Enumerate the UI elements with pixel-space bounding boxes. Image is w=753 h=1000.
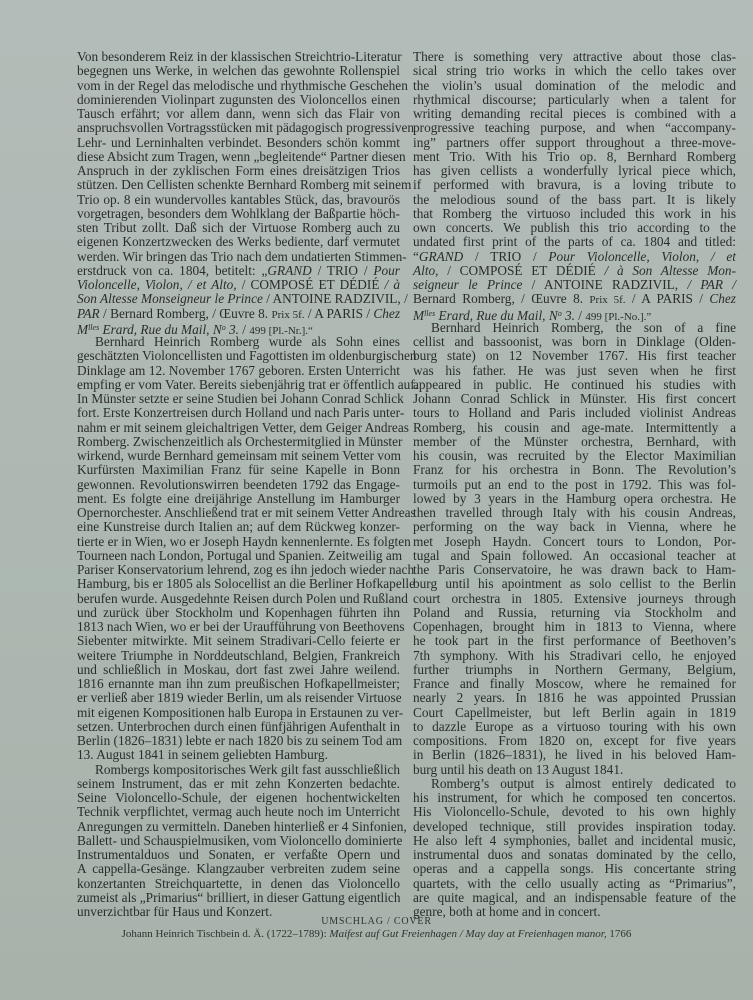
caption-label: UMSCHLAG / COVER [0, 915, 753, 928]
text-line: appeared in public. He continued his stu… [413, 378, 736, 392]
text-line: rhythmical discourse; particularly when … [413, 93, 736, 107]
text-line: 7th symphony. With his Stradivari cello,… [413, 649, 736, 663]
caption-credit: Johann Heinrich Tischbein d. Ä. (1722–17… [0, 928, 753, 941]
text-line: stützen. Den Cellisten schenkte Bernhard… [77, 178, 400, 192]
text-line: compositions. From 1820 on, except for f… [413, 734, 736, 748]
text-line: A cappella-Gesänge. Klangzauber verbreit… [77, 862, 400, 876]
text-line: Siebenter mitwirkte. Mit seinem Stradiva… [77, 634, 400, 648]
text-line: eine Kunstreise durch Italien an; auf de… [77, 520, 400, 534]
text-line: performing on the way back in Vienna, wh… [413, 520, 736, 534]
german-paragraph-2: Bernhard Heinrich Romberg wurde als Sohn… [77, 335, 400, 763]
text-line: und schließlich in Moskau, dort fast zwe… [77, 663, 400, 677]
text-line: seinem Instrument, das er mit zehn Konze… [77, 777, 400, 791]
german-paragraph-1: Von besonderem Reiz in der klassischen S… [77, 50, 400, 335]
text-line: the Paris Conservatoire, he was drawn ba… [413, 563, 736, 577]
text-line: mit eigenen Kompositionen halb Europa in… [77, 706, 400, 720]
text-line: Ballett- und Schauspielmusiken, vom Viol… [77, 834, 400, 848]
text-line: begegnen uns Werke, in welchen das gewoh… [77, 64, 400, 78]
text-line: In Münster setzte er seine Studien bei J… [77, 392, 400, 406]
text-line: Rombergs kompositorisches Werk gilt fast… [77, 763, 400, 777]
text-line: nahm er mit seinem gleichaltrigen Vetter… [77, 421, 400, 435]
text-line: ment Trio. With his Trio op. 8, Bernhard… [413, 150, 736, 164]
text-line: Bernhard Heinrich Romberg, the son of a … [413, 321, 736, 335]
text-line: operas and a cappella songs. His concert… [413, 862, 736, 876]
title-citation-line: erstdruck von ca. 1804, betitelt: „GRAND… [77, 264, 400, 278]
text-line: his instrument, for which he composed te… [413, 791, 736, 805]
text-line: Opernorchester. Anschließend trat er mit… [77, 506, 400, 520]
text-line: There is something very attractive about… [413, 50, 736, 64]
text-line: tugal and Spain followed. An occasional … [413, 549, 736, 563]
text-line: His Violoncello-Schule, devoted to his o… [413, 805, 736, 819]
text-line: weitere Triumphe in Norddeutschland, Bel… [77, 649, 400, 663]
text-line: sical string trio works in which the cel… [413, 64, 736, 78]
text-line: the violin’s usual domination of the mel… [413, 79, 736, 93]
text-line: vorgetragen, besonders dem Wohlklang der… [77, 207, 400, 221]
text-line: 1813 nach Wien, wo er bei der Uraufführu… [77, 620, 400, 634]
text-line: turmoils put an end to the post in 1792.… [413, 478, 736, 492]
text-line: Lehr- und Lerninhalten verbindet. Besond… [77, 136, 400, 150]
text-line: Trio op. 8 ein wundervolles kantables St… [77, 193, 400, 207]
text-line: Anregungen zu vermitteln. Daneben hinter… [77, 820, 400, 834]
title-citation-line: Alto, / COMPOSÉ ET DÉDIÉ / à Son Altesse… [413, 264, 736, 278]
title-citation-line: PAR / Bernard Romberg, / Œuvre 8. Prix 5… [77, 307, 400, 321]
text-line: undated first print of the parts of ca. … [413, 235, 736, 249]
german-text-column: Von besonderem Reiz in der klassischen S… [77, 50, 400, 919]
text-line: anspruchsvollen Vortragsstücken mit päda… [77, 121, 400, 135]
text-line: diese Absicht zum Tragen, wenn „begleite… [77, 150, 400, 164]
text-line: vom in der Regel das melodische und rhyt… [77, 79, 400, 93]
english-paragraph-2: Bernhard Heinrich Romberg, the son of a … [413, 321, 736, 777]
caption-year: 1766 [607, 928, 632, 940]
text-line: he took part in the first performance of… [413, 634, 736, 648]
text-line: 1816 ernannte man ihn zum preußischen Ho… [77, 677, 400, 691]
text-line: Seine Violoncello-Schule, der eigenen ho… [77, 791, 400, 805]
title-citation-line: “GRAND / TRIO / Pour Violoncelle, Violon… [413, 250, 736, 264]
text-line: France and finally Moscow, where he rema… [413, 677, 736, 691]
title-citation-line: Mlles Erard, Rue du Mail, No 3. / 499 [P… [77, 321, 400, 335]
text-line: Franz for his orchestra in Bonn. The Rev… [413, 463, 736, 477]
text-line: Pariser Konservatorium lehrend, zog es i… [77, 563, 400, 577]
text-line: tours to Holland and Paris included viol… [413, 406, 736, 420]
text-line: Berlin (1826–1831) lebte er nach 1820 bi… [77, 734, 400, 748]
text-line: to dazzle Europe as a virtuoso touring w… [413, 720, 736, 734]
text-line: that Romberg the virtuoso included this … [413, 207, 736, 221]
english-text-column: There is something very attractive about… [413, 50, 736, 919]
text-line: 13. August 1841 in seinem geliebten Hamb… [77, 748, 400, 762]
text-line: burg until his apointment as solo cellis… [413, 577, 736, 591]
text-line: He also left 4 symphonies, ballet and in… [413, 834, 736, 848]
text-line: was his father. He was just seven when h… [413, 364, 736, 378]
text-line: further triumphs in Northern Germany, Be… [413, 663, 736, 677]
text-line: burg state) on 12 November 1767. His fir… [413, 349, 736, 363]
title-citation-line: Bernard Romberg, / Œuvre 8. Prix 5f. / A… [413, 292, 736, 306]
text-line: eigenen Konzertzwecken des Werks bedient… [77, 235, 400, 249]
text-line: Instrumentalduos und Sonaten, er verfaßt… [77, 848, 400, 862]
german-paragraph-3: Rombergs kompositorisches Werk gilt fast… [77, 763, 400, 920]
title-citation-line: Mlles Erard, Rue du Mail, No 3. / 499 [P… [413, 307, 736, 321]
cover-caption: UMSCHLAG / COVER Johann Heinrich Tischbe… [0, 915, 753, 941]
text-line: Dinklage am 12. November 1767 geboren. E… [77, 364, 400, 378]
title-citation-line: seigneur le Prince / ANTOINE RADZIVIL, /… [413, 278, 736, 292]
text-line: the melodious sound of the bass part. It… [413, 193, 736, 207]
text-line: Tourneen nach London, Portugal und Spani… [77, 549, 400, 563]
caption-artist: Johann Heinrich Tischbein d. Ä. (1722–17… [122, 928, 330, 940]
text-line: gewonnen. Revolutionswirren beendeten 17… [77, 478, 400, 492]
text-line: geschätzten Violoncellisten und Fagottis… [77, 349, 400, 363]
text-line: Bernhard Heinrich Romberg wurde als Sohn… [77, 335, 400, 349]
text-line: Johann Conrad Schlick in Münster. His fi… [413, 392, 736, 406]
text-line: Romberg’s output is almost entirely dedi… [413, 777, 736, 791]
text-line: Anspruch in der zyklischen Form eines dr… [77, 164, 400, 178]
text-line: und zurück über Stockholm und Kopenhagen… [77, 606, 400, 620]
text-line: sten Tribut zollt. Daß sich der Virtuose… [77, 221, 400, 235]
text-line: Court Capellmeister, but left Berlin aga… [413, 706, 736, 720]
text-line: wirkend, wurde Bernhard gemeinsam mit se… [77, 449, 400, 463]
text-line: werden. Wir bringen das Trio nach dem un… [77, 250, 400, 264]
text-line: if performed with bravura, is a loving t… [413, 178, 736, 192]
text-line: Hamburg, bis er 1805 als Solocellist an … [77, 577, 400, 591]
text-line: in Berlin (1826–1831), he lived in his b… [413, 748, 736, 762]
text-line: developed technique, still provides insp… [413, 820, 736, 834]
text-line: are quite magical, and an indispensable … [413, 891, 736, 905]
english-paragraph-1: There is something very attractive about… [413, 50, 736, 321]
text-line: cellist and bassoonist, was born in Dink… [413, 335, 736, 349]
caption-artwork-title: Maifest auf Gut Freienhagen / May day at… [329, 928, 606, 940]
text-line: konzertanten Streichquartette, in denen … [77, 877, 400, 891]
text-line: lowed by 3 years in the Hamburg opera or… [413, 492, 736, 506]
text-line: met Joseph Haydn. Concert tours to Londo… [413, 535, 736, 549]
text-line: dominierenden Violinpart zugunsten des V… [77, 93, 400, 107]
text-line: Tausch erfährt; vor allem dann, wenn sic… [77, 107, 400, 121]
text-line: progressive teaching purpose, and when “… [413, 121, 736, 135]
text-line: writing demanding recital pieces is comb… [413, 107, 736, 121]
text-line: setzen. Unterbrochen durch einen fünfjäh… [77, 720, 400, 734]
text-line: fort. Erste Konzertreisen durch Holland … [77, 406, 400, 420]
text-line: Poland and Russia, returning via Stockho… [413, 606, 736, 620]
text-line: nearly 2 years. In 1816 he was appointed… [413, 691, 736, 705]
text-line: has given cellists a wonderfully lyrical… [413, 164, 736, 178]
text-line: ment. Es folgte eine dreijährige Anstell… [77, 492, 400, 506]
text-line: his cousin, was recruited by the Elector… [413, 449, 736, 463]
text-line: quartets, with the cello usually acting … [413, 877, 736, 891]
text-line: Kurfürsten Maximilian Franz für seine Ka… [77, 463, 400, 477]
text-line: member of the Münster orchestra, Bernhar… [413, 435, 736, 449]
text-line: Technik verpflichtet, vermag auch heute … [77, 805, 400, 819]
text-line: own concerts. We publish this trio accor… [413, 221, 736, 235]
text-line: burg until his death on 13 August 1841. [413, 763, 736, 777]
text-line: ing” partners offer support throughout a… [413, 136, 736, 150]
text-line: Romberg, his cousin and age-mate. Interm… [413, 421, 736, 435]
text-line: berufen wurde. Ausgedehnte Reisen durch … [77, 592, 400, 606]
text-line: tierte er in Wien, wo er Joseph Haydn ke… [77, 535, 400, 549]
text-line: court orchestra in 1805. Extensive journ… [413, 592, 736, 606]
text-line: zumeist als „Primarius“ brilliert, in di… [77, 891, 400, 905]
title-citation-line: Violoncelle, Violon, / et Alto, / COMPOS… [77, 278, 400, 292]
text-line: Copenhagen, brought him in 1813 to Vienn… [413, 620, 736, 634]
text-line: empfing er vom Vater. Bereits siebenjähr… [77, 378, 400, 392]
text-line: instrumental duos and sonatas dominated … [413, 848, 736, 862]
text-line: then travelled through Italy with his co… [413, 506, 736, 520]
text-line: Romberg. Zwischenzeitlich als Orchesterm… [77, 435, 400, 449]
text-line: er verließ aber 1819 wieder Berlin, um a… [77, 691, 400, 705]
english-paragraph-3: Romberg’s output is almost entirely dedi… [413, 777, 736, 920]
text-line: Von besonderem Reiz in der klassischen S… [77, 50, 400, 64]
title-citation-line: Son Altesse Monseigneur le Prince / ANTO… [77, 292, 400, 306]
